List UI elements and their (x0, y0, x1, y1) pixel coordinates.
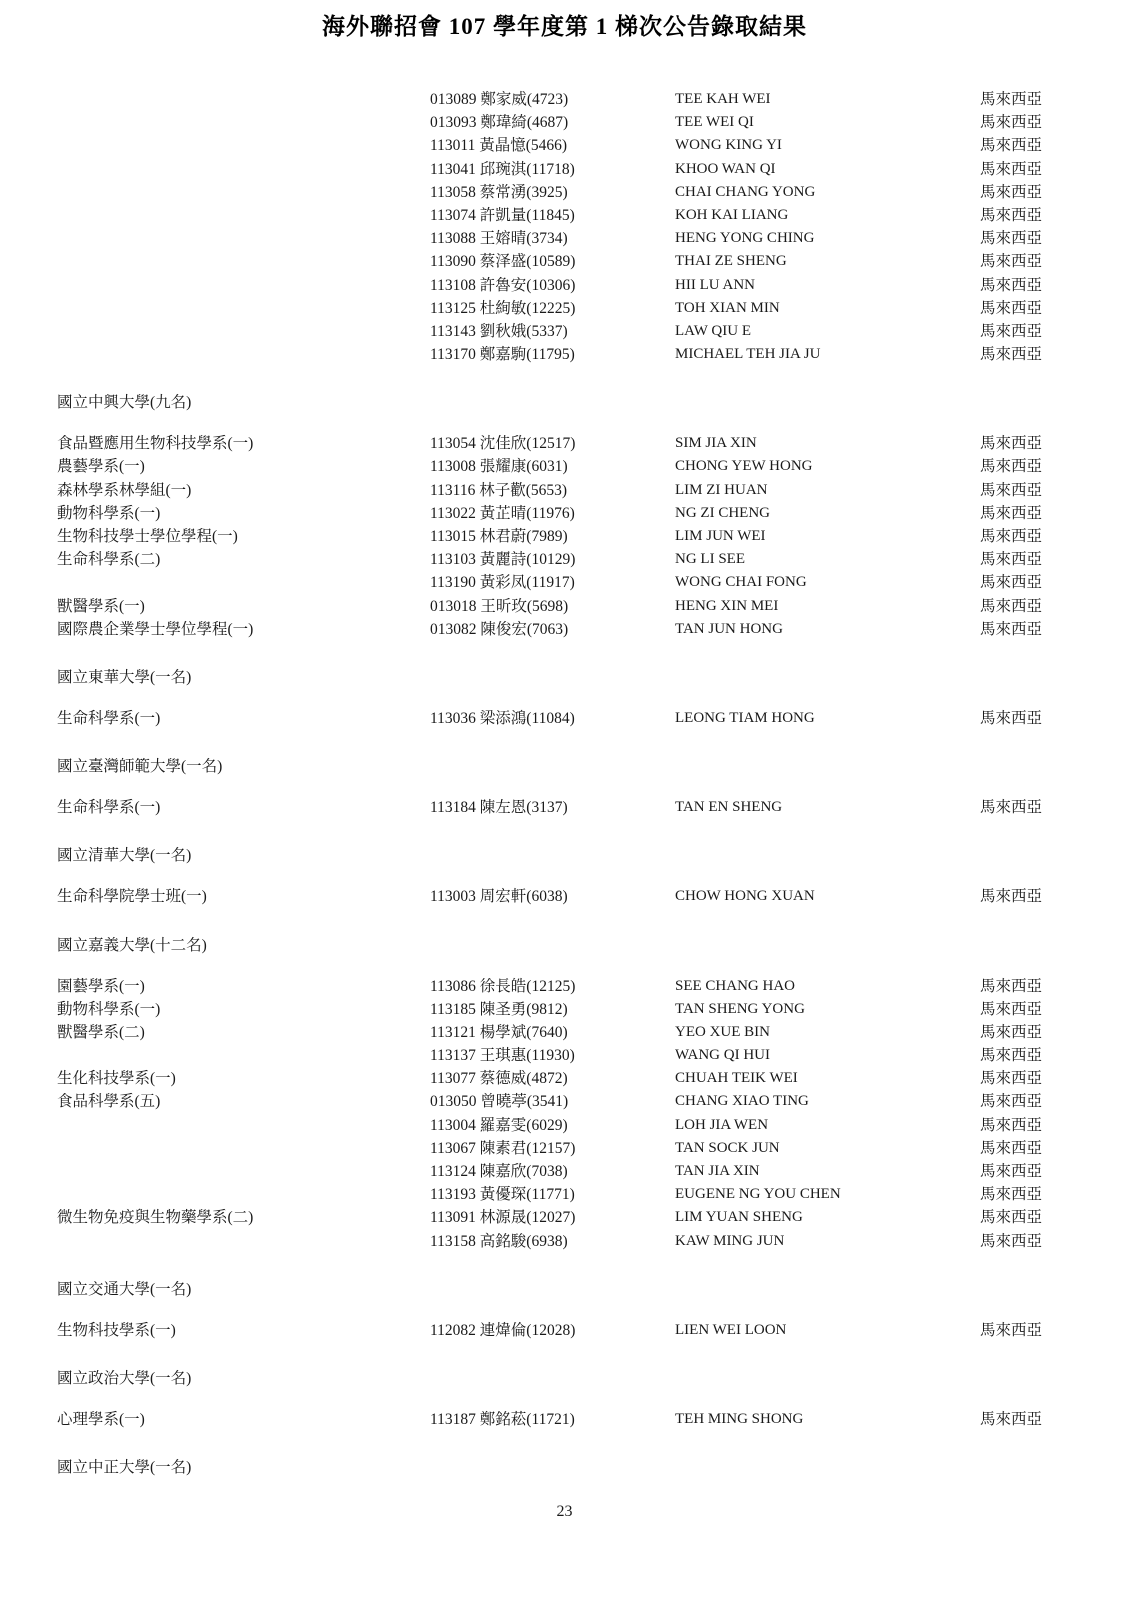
english-name-cell: KAW MING JUN (675, 1230, 980, 1253)
department-cell: 園藝學系(一) (57, 975, 430, 998)
english-name-cell: LIM JUN WEI (675, 525, 980, 548)
english-name-cell: CHONG YEW HONG (675, 455, 980, 478)
country-cell: 馬來西亞 (980, 432, 1129, 455)
result-row: 生命科學系(二)113103 黃麗詩(10129)NG LI SEE馬來西亞 (0, 548, 1129, 571)
student-id-name-cell: 113067 陳素君(12157) (430, 1137, 675, 1160)
english-name-cell: LOH JIA WEN (675, 1114, 980, 1137)
result-row: 獸醫學系(二)113121 楊學斌(7640)YEO XUE BIN馬來西亞 (0, 1021, 1129, 1044)
country-cell: 馬來西亞 (980, 320, 1129, 343)
university-header: 國立中興大學(九名) (0, 391, 1129, 414)
english-name-cell: LAW QIU E (675, 320, 980, 343)
country-cell: 馬來西亞 (980, 111, 1129, 134)
university-section: 國立清華大學(一名)生命科學院學士班(一)113003 周宏軒(6038)CHO… (0, 844, 1129, 908)
country-cell: 馬來西亞 (980, 1160, 1129, 1183)
country-cell: 馬來西亞 (980, 885, 1129, 908)
student-id-name-cell: 113090 蔡泽盛(10589) (430, 250, 675, 273)
result-row: 生命科學院學士班(一)113003 周宏軒(6038)CHOW HONG XUA… (0, 885, 1129, 908)
student-id-name-cell: 013050 曾曉葶(3541) (430, 1090, 675, 1113)
country-cell: 馬來西亞 (980, 479, 1129, 502)
university-section: 國立臺灣師範大學(一名)生命科學系(一)113184 陳左恩(3137)TAN … (0, 755, 1129, 819)
result-row: 113158 高銘駿(6938)KAW MING JUN馬來西亞 (0, 1230, 1129, 1253)
country-cell: 馬來西亞 (980, 250, 1129, 273)
student-id-name-cell: 113088 王嫆晴(3734) (430, 227, 675, 250)
country-cell: 馬來西亞 (980, 502, 1129, 525)
english-name-cell: TAN JIA XIN (675, 1160, 980, 1183)
university-header: 國立東華大學(一名) (0, 666, 1129, 689)
english-name-cell: SEE CHANG HAO (675, 975, 980, 998)
result-row: 生化科技學系(一)113077 蔡德威(4872)CHUAH TEIK WEI馬… (0, 1067, 1129, 1090)
country-cell: 馬來西亞 (980, 1408, 1129, 1431)
english-name-cell: TEE KAH WEI (675, 88, 980, 111)
country-cell: 馬來西亞 (980, 595, 1129, 618)
student-id-name-cell: 113158 高銘駿(6938) (430, 1230, 675, 1253)
english-name-cell: TOH XIAN MIN (675, 297, 980, 320)
student-id-name-cell: 113074 許凱量(11845) (430, 204, 675, 227)
student-id-name-cell: 113004 羅嘉雯(6029) (430, 1114, 675, 1137)
result-row: 113137 王琪惠(11930)WANG QI HUI馬來西亞 (0, 1044, 1129, 1067)
result-row: 國際農企業學士學位學程(一)013082 陳俊宏(7063)TAN JUN HO… (0, 618, 1129, 641)
result-row: 農藝學系(一)113008 張耀康(6031)CHONG YEW HONG馬來西… (0, 455, 1129, 478)
student-id-name-cell: 013082 陳俊宏(7063) (430, 618, 675, 641)
country-cell: 馬來西亞 (980, 1090, 1129, 1113)
page-title: 海外聯招會 107 學年度第 1 梯次公告錄取結果 (0, 0, 1129, 42)
result-row: 動物科學系(一)113185 陳圣勇(9812)TAN SHENG YONG馬來… (0, 998, 1129, 1021)
student-id-name-cell: 113116 林子歡(5653) (430, 479, 675, 502)
country-cell: 馬來西亞 (980, 1137, 1129, 1160)
result-row: 微生物免疫與生物藥學系(二)113091 林源晟(12027)LIM YUAN … (0, 1206, 1129, 1229)
english-name-cell: THAI ZE SHENG (675, 250, 980, 273)
result-row: 生命科學系(一)113036 梁添鴻(11084)LEONG TIAM HONG… (0, 707, 1129, 730)
department-cell: 食品暨應用生物科技學系(一) (57, 432, 430, 455)
result-row: 113193 黃優琛(11771)EUGENE NG YOU CHEN馬來西亞 (0, 1183, 1129, 1206)
result-row: 生物科技學士學位學程(一)113015 林君蔚(7989)LIM JUN WEI… (0, 525, 1129, 548)
department-cell: 動物科學系(一) (57, 998, 430, 1021)
result-row: 113041 邱琬淇(11718)KHOO WAN QI馬來西亞 (0, 158, 1129, 181)
english-name-cell: KOH KAI LIANG (675, 204, 980, 227)
english-name-cell: CHANG XIAO TING (675, 1090, 980, 1113)
student-id-name-cell: 113125 杜絢敏(12225) (430, 297, 675, 320)
results: 013089 鄭家威(4723)TEE KAH WEI馬來西亞013093 鄭瑋… (0, 88, 1129, 1479)
student-id-name-cell: 113137 王琪惠(11930) (430, 1044, 675, 1067)
country-cell: 馬來西亞 (980, 204, 1129, 227)
student-id-name-cell: 113041 邱琬淇(11718) (430, 158, 675, 181)
country-cell: 馬來西亞 (980, 227, 1129, 250)
department-cell: 動物科學系(一) (57, 502, 430, 525)
department-cell: 獸醫學系(二) (57, 1021, 430, 1044)
university-section: 013089 鄭家威(4723)TEE KAH WEI馬來西亞013093 鄭瑋… (0, 88, 1129, 366)
country-cell: 馬來西亞 (980, 274, 1129, 297)
department-cell: 食品科學系(五) (57, 1090, 430, 1113)
student-id-name-cell: 113108 許魯安(10306) (430, 274, 675, 297)
university-header: 國立臺灣師範大學(一名) (0, 755, 1129, 778)
university-header: 國立清華大學(一名) (0, 844, 1129, 867)
country-cell: 馬來西亞 (980, 158, 1129, 181)
university-section: 國立中興大學(九名)食品暨應用生物科技學系(一)113054 沈佳欣(12517… (0, 391, 1129, 641)
student-id-name-cell: 113103 黃麗詩(10129) (430, 548, 675, 571)
university-header: 國立嘉義大學(十二名) (0, 934, 1129, 957)
student-id-name-cell: 113003 周宏軒(6038) (430, 885, 675, 908)
student-id-name-cell: 113143 劉秋娥(5337) (430, 320, 675, 343)
university-section: 國立政治大學(一名)心理學系(一)113187 鄭銘菘(11721)TEH MI… (0, 1367, 1129, 1431)
result-row: 113125 杜絢敏(12225)TOH XIAN MIN馬來西亞 (0, 297, 1129, 320)
department-cell: 農藝學系(一) (57, 455, 430, 478)
country-cell: 馬來西亞 (980, 1206, 1129, 1229)
english-name-cell: HENG XIN MEI (675, 595, 980, 618)
department-cell: 生物科技學士學位學程(一) (57, 525, 430, 548)
country-cell: 馬來西亞 (980, 618, 1129, 641)
country-cell: 馬來西亞 (980, 455, 1129, 478)
result-row: 113088 王嫆晴(3734)HENG YONG CHING馬來西亞 (0, 227, 1129, 250)
university-header: 國立政治大學(一名) (0, 1367, 1129, 1390)
country-cell: 馬來西亞 (980, 297, 1129, 320)
english-name-cell: EUGENE NG YOU CHEN (675, 1183, 980, 1206)
student-id-name-cell: 013093 鄭瑋綺(4687) (430, 111, 675, 134)
student-id-name-cell: 113011 黃晶憶(5466) (430, 134, 675, 157)
department-cell: 微生物免疫與生物藥學系(二) (57, 1206, 430, 1229)
country-cell: 馬來西亞 (980, 1044, 1129, 1067)
result-row: 113170 鄭嘉駒(11795)MICHAEL TEH JIA JU馬來西亞 (0, 343, 1129, 366)
result-row: 113143 劉秋娥(5337)LAW QIU E馬來西亞 (0, 320, 1129, 343)
student-id-name-cell: 113187 鄭銘菘(11721) (430, 1408, 675, 1431)
result-row: 生命科學系(一)113184 陳左恩(3137)TAN EN SHENG馬來西亞 (0, 796, 1129, 819)
country-cell: 馬來西亞 (980, 548, 1129, 571)
result-row: 113011 黃晶憶(5466)WONG KING YI馬來西亞 (0, 134, 1129, 157)
university-section: 國立中正大學(一名) (0, 1456, 1129, 1479)
department-cell: 生命科學系(二) (57, 548, 430, 571)
student-id-name-cell: 113058 蔡常湧(3925) (430, 181, 675, 204)
country-cell: 馬來西亞 (980, 796, 1129, 819)
student-id-name-cell: 113190 黃彩凤(11917) (430, 571, 675, 594)
result-row: 113067 陳素君(12157)TAN SOCK JUN馬來西亞 (0, 1137, 1129, 1160)
result-row: 食品暨應用生物科技學系(一)113054 沈佳欣(12517)SIM JIA X… (0, 432, 1129, 455)
document-page: 海外聯招會 107 學年度第 1 梯次公告錄取結果 013089 鄭家威(472… (0, 0, 1129, 1600)
english-name-cell: LIEN WEI LOON (675, 1319, 980, 1342)
country-cell: 馬來西亞 (980, 525, 1129, 548)
department-cell: 生命科學系(一) (57, 796, 430, 819)
country-cell: 馬來西亞 (980, 571, 1129, 594)
english-name-cell: CHOW HONG XUAN (675, 885, 980, 908)
result-row: 113124 陳嘉欣(7038)TAN JIA XIN馬來西亞 (0, 1160, 1129, 1183)
country-cell: 馬來西亞 (980, 1319, 1129, 1342)
country-cell: 馬來西亞 (980, 1114, 1129, 1137)
student-id-name-cell: 113184 陳左恩(3137) (430, 796, 675, 819)
result-row: 113190 黃彩凤(11917)WONG CHAI FONG馬來西亞 (0, 571, 1129, 594)
department-cell: 心理學系(一) (57, 1408, 430, 1431)
department-cell: 生命科學院學士班(一) (57, 885, 430, 908)
english-name-cell: NG ZI CHENG (675, 502, 980, 525)
student-id-name-cell: 113091 林源晟(12027) (430, 1206, 675, 1229)
english-name-cell: LEONG TIAM HONG (675, 707, 980, 730)
english-name-cell: KHOO WAN QI (675, 158, 980, 181)
country-cell: 馬來西亞 (980, 998, 1129, 1021)
result-row: 生物科技學系(一)112082 連煒倫(12028)LIEN WEI LOON馬… (0, 1319, 1129, 1342)
country-cell: 馬來西亞 (980, 1021, 1129, 1044)
department-cell: 生化科技學系(一) (57, 1067, 430, 1090)
student-id-name-cell: 013089 鄭家威(4723) (430, 88, 675, 111)
result-row: 森林學系林學組(一)113116 林子歡(5653)LIM ZI HUAN馬來西… (0, 479, 1129, 502)
student-id-name-cell: 113193 黃優琛(11771) (430, 1183, 675, 1206)
country-cell: 馬來西亞 (980, 707, 1129, 730)
department-cell: 國際農企業學士學位學程(一) (57, 618, 430, 641)
student-id-name-cell: 113124 陳嘉欣(7038) (430, 1160, 675, 1183)
english-name-cell: LIM ZI HUAN (675, 479, 980, 502)
country-cell: 馬來西亞 (980, 1230, 1129, 1253)
result-row: 113090 蔡泽盛(10589)THAI ZE SHENG馬來西亞 (0, 250, 1129, 273)
country-cell: 馬來西亞 (980, 134, 1129, 157)
english-name-cell: HENG YONG CHING (675, 227, 980, 250)
country-cell: 馬來西亞 (980, 181, 1129, 204)
result-row: 113058 蔡常湧(3925)CHAI CHANG YONG馬來西亞 (0, 181, 1129, 204)
english-name-cell: TEE WEI QI (675, 111, 980, 134)
university-section: 國立東華大學(一名)生命科學系(一)113036 梁添鴻(11084)LEONG… (0, 666, 1129, 730)
english-name-cell: TEH MING SHONG (675, 1408, 980, 1431)
result-row: 013093 鄭瑋綺(4687)TEE WEI QI馬來西亞 (0, 111, 1129, 134)
student-id-name-cell: 013018 王昕玫(5698) (430, 595, 675, 618)
result-row: 園藝學系(一)113086 徐長皓(12125)SEE CHANG HAO馬來西… (0, 975, 1129, 998)
university-header: 國立交通大學(一名) (0, 1278, 1129, 1301)
country-cell: 馬來西亞 (980, 1067, 1129, 1090)
university-header: 國立中正大學(一名) (0, 1456, 1129, 1479)
student-id-name-cell: 113185 陳圣勇(9812) (430, 998, 675, 1021)
english-name-cell: CHUAH TEIK WEI (675, 1067, 980, 1090)
english-name-cell: WONG CHAI FONG (675, 571, 980, 594)
student-id-name-cell: 113022 黃芷晴(11976) (430, 502, 675, 525)
english-name-cell: LIM YUAN SHENG (675, 1206, 980, 1229)
english-name-cell: TAN EN SHENG (675, 796, 980, 819)
student-id-name-cell: 113008 張耀康(6031) (430, 455, 675, 478)
page-number: 23 (0, 1503, 1129, 1521)
result-row: 113074 許凱量(11845)KOH KAI LIANG馬來西亞 (0, 204, 1129, 227)
student-id-name-cell: 113015 林君蔚(7989) (430, 525, 675, 548)
english-name-cell: WONG KING YI (675, 134, 980, 157)
student-id-name-cell: 113036 梁添鴻(11084) (430, 707, 675, 730)
student-id-name-cell: 113054 沈佳欣(12517) (430, 432, 675, 455)
english-name-cell: WANG QI HUI (675, 1044, 980, 1067)
english-name-cell: NG LI SEE (675, 548, 980, 571)
english-name-cell: TAN SOCK JUN (675, 1137, 980, 1160)
university-section: 國立交通大學(一名)生物科技學系(一)112082 連煒倫(12028)LIEN… (0, 1278, 1129, 1342)
english-name-cell: HII LU ANN (675, 274, 980, 297)
department-cell: 生物科技學系(一) (57, 1319, 430, 1342)
country-cell: 馬來西亞 (980, 975, 1129, 998)
english-name-cell: MICHAEL TEH JIA JU (675, 343, 980, 366)
student-id-name-cell: 112082 連煒倫(12028) (430, 1319, 675, 1342)
department-cell: 獸醫學系(一) (57, 595, 430, 618)
english-name-cell: YEO XUE BIN (675, 1021, 980, 1044)
result-row: 食品科學系(五)013050 曾曉葶(3541)CHANG XIAO TING馬… (0, 1090, 1129, 1113)
country-cell: 馬來西亞 (980, 343, 1129, 366)
result-row: 113004 羅嘉雯(6029)LOH JIA WEN馬來西亞 (0, 1114, 1129, 1137)
country-cell: 馬來西亞 (980, 88, 1129, 111)
result-row: 獸醫學系(一)013018 王昕玫(5698)HENG XIN MEI馬來西亞 (0, 595, 1129, 618)
result-row: 113108 許魯安(10306)HII LU ANN馬來西亞 (0, 274, 1129, 297)
student-id-name-cell: 113170 鄭嘉駒(11795) (430, 343, 675, 366)
student-id-name-cell: 113077 蔡德威(4872) (430, 1067, 675, 1090)
university-section: 國立嘉義大學(十二名)園藝學系(一)113086 徐長皓(12125)SEE C… (0, 934, 1129, 1253)
student-id-name-cell: 113121 楊學斌(7640) (430, 1021, 675, 1044)
result-row: 動物科學系(一)113022 黃芷晴(11976)NG ZI CHENG馬來西亞 (0, 502, 1129, 525)
result-row: 心理學系(一)113187 鄭銘菘(11721)TEH MING SHONG馬來… (0, 1408, 1129, 1431)
english-name-cell: TAN JUN HONG (675, 618, 980, 641)
english-name-cell: CHAI CHANG YONG (675, 181, 980, 204)
country-cell: 馬來西亞 (980, 1183, 1129, 1206)
english-name-cell: SIM JIA XIN (675, 432, 980, 455)
department-cell: 生命科學系(一) (57, 707, 430, 730)
department-cell: 森林學系林學組(一) (57, 479, 430, 502)
student-id-name-cell: 113086 徐長皓(12125) (430, 975, 675, 998)
result-row: 013089 鄭家威(4723)TEE KAH WEI馬來西亞 (0, 88, 1129, 111)
english-name-cell: TAN SHENG YONG (675, 998, 980, 1021)
